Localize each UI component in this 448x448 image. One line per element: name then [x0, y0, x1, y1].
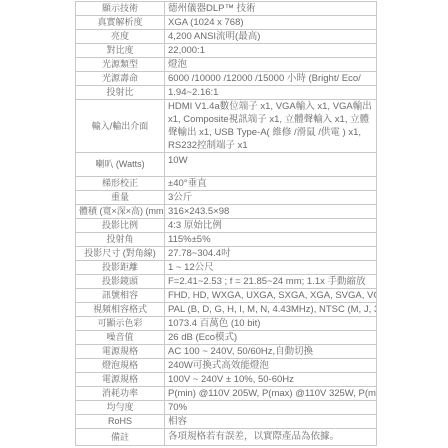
spec-value: 各項規格若有誤差，以實際產品為依據。	[165, 429, 377, 446]
spec-label: 訊號相容	[76, 289, 165, 303]
table-row: RoHS 相容	[76, 415, 377, 429]
spec-label: 投影鏡頭	[76, 275, 165, 289]
table-row: 投影距離 1 ~ 12公尺	[76, 261, 377, 275]
spec-value: 4:3 原始比例	[165, 219, 377, 233]
table-row: 光源類型 燈泡	[76, 58, 377, 72]
table-row: 體積 (寬×深×高) (mm) 316×243.5×98	[76, 205, 377, 219]
spec-label: 對比度	[76, 44, 165, 58]
spec-label: 喇叭 (Watts)	[76, 153, 165, 177]
spec-value: 22,000:1	[165, 44, 377, 58]
table-row: 電源規格 AC 100 ~ 240V, 50/60Hz,自動切換	[76, 345, 377, 359]
spec-value: 70%	[165, 401, 377, 415]
table-row: 訊號相容 FHD, HD, WXGA, UXGA, SXGA, XGA, SVG…	[76, 289, 377, 303]
table-row: 投射角 115%±5%	[76, 233, 377, 247]
spec-label: 光源壽命	[76, 72, 165, 86]
spec-label: 可顯示色彩	[76, 317, 165, 331]
table-row: 梯形校正 ±40°垂直	[76, 177, 377, 191]
table-row: 輸入/輸出介面 HDMI V1.4a數位端子 x1, VGA輸入 x1, VGA…	[76, 100, 377, 153]
spec-label: 重量	[76, 191, 165, 205]
spec-label: 燈泡規格	[76, 359, 165, 373]
spec-value: 26 dB (Eco模式)	[165, 331, 377, 345]
spec-label: 顯示技術	[76, 2, 165, 16]
spec-value: 100V ~ 240V ± 10%, 50-60Hz	[165, 373, 377, 387]
spec-label: 投射比	[76, 86, 165, 100]
spec-value: 1073.4 百萬色 (10 bit)	[165, 317, 377, 331]
spec-label: 亮度	[76, 30, 165, 44]
spec-label: 投影比例	[76, 219, 165, 233]
spec-value: 316×243.5×98	[165, 205, 377, 219]
table-row: 光源壽命 6000 /10000 /12000 /15000 小時 (Brigh…	[76, 72, 377, 86]
spec-label: 真實解析度	[76, 16, 165, 30]
table-row: 顯示技術 德州儀器DLP™ 技術	[76, 2, 377, 16]
spec-value: 1.94~2.16:1	[165, 86, 377, 100]
spec-label: 投射角	[76, 233, 165, 247]
spec-value: 4,200 ANSI流明(最高)	[165, 30, 377, 44]
table-row: 噪音值 26 dB (Eco模式)	[76, 331, 377, 345]
spec-label: 電源規格	[76, 345, 165, 359]
table-row: 投影鏡頭 F=2.41~2.53 ; f = 21.85~24 mm; 1.1x…	[76, 275, 377, 289]
spec-value: 3公斤	[165, 191, 377, 205]
table-row: 投影尺寸 (對角線) 27.78~304.4吋	[76, 247, 377, 261]
spec-label: 輸入/輸出介面	[76, 100, 165, 153]
spec-label: 視頻相容格式	[76, 303, 165, 317]
table-row: 可顯示色彩 1073.4 百萬色 (10 bit)	[76, 317, 377, 331]
table-row: 對比度 22,000:1	[76, 44, 377, 58]
table-row: 真實解析度 XGA (1024 x 768)	[76, 16, 377, 30]
spec-label: 電源規格	[76, 373, 165, 387]
spec-value: HDMI V1.4a數位端子 x1, VGA輸入 x1, VGA輸出 x1, C…	[165, 100, 377, 153]
spec-value: 115%±5%	[165, 233, 377, 247]
spec-label: 消耗功率	[76, 387, 165, 401]
spec-value: ±40°垂直	[165, 177, 377, 191]
table-row: 亮度 4,200 ANSI流明(最高)	[76, 30, 377, 44]
spec-label: 噪音值	[76, 331, 165, 345]
table-row: 重量 3公斤	[76, 191, 377, 205]
spec-label: 投影尺寸 (對角線)	[76, 247, 165, 261]
table-row: 視頻相容格式 PAL (B, D, G, H, I, M, N, 4.43MHz…	[76, 303, 377, 317]
spec-label: 體積 (寬×深×高) (mm)	[76, 205, 165, 219]
spec-value: 10W	[165, 153, 377, 177]
spec-value: 6000 /10000 /12000 /15000 小時 (Bright/ Ec…	[165, 72, 377, 86]
spec-value: XGA (1024 x 768)	[165, 16, 377, 30]
table-row: 備註 各項規格若有誤差，以實際產品為依據。	[76, 429, 377, 446]
spec-label: 投影距離	[76, 261, 165, 275]
table-row: 消耗功率 P(min) @110V 205W, P(max) @110V 325…	[76, 387, 377, 401]
table-row: 投影比例 4:3 原始比例	[76, 219, 377, 233]
spec-label: 均勻度	[76, 401, 165, 415]
table-row: 燈泡規格 240W可換式高效能燈泡	[76, 359, 377, 373]
table-row: 電源規格 100V ~ 240V ± 10%, 50-60Hz	[76, 373, 377, 387]
spec-label: 梯形校正	[76, 177, 165, 191]
spec-value: 德州儀器DLP™ 技術	[165, 2, 377, 16]
spec-label: 備註	[76, 429, 165, 446]
spec-value: 240W可換式高效能燈泡	[165, 359, 377, 373]
spec-value: F=2.41~2.53 ; f = 21.85~24 mm; 1.1x 手動縮放	[165, 275, 377, 289]
table-row: 喇叭 (Watts) 10W	[76, 153, 377, 177]
spec-value: 燈泡	[165, 58, 377, 72]
spec-value: 1 ~ 12公尺	[165, 261, 377, 275]
spec-value: AC 100 ~ 240V, 50/60Hz,自動切換	[165, 345, 377, 359]
spec-value: PAL (B, D, G, H, I, M, N, 4.43MHz), NTSC…	[165, 303, 377, 317]
table-row: 均勻度 70%	[76, 401, 377, 415]
table-row: 投射比 1.94~2.16:1	[76, 86, 377, 100]
spec-value: 相容	[165, 415, 377, 429]
spec-value: P(min) @110V 205W, P(max) @110V 325W, P(…	[165, 387, 377, 401]
spec-value: FHD, HD, WXGA, UXGA, SXGA, XGA, SVGA, VG…	[165, 289, 377, 303]
spec-value: 27.78~304.4吋	[165, 247, 377, 261]
spec-label: 光源類型	[76, 58, 165, 72]
spec-label: RoHS	[76, 415, 165, 429]
projector-spec-table: 顯示技術 德州儀器DLP™ 技術 真實解析度 XGA (1024 x 768) …	[75, 1, 377, 446]
